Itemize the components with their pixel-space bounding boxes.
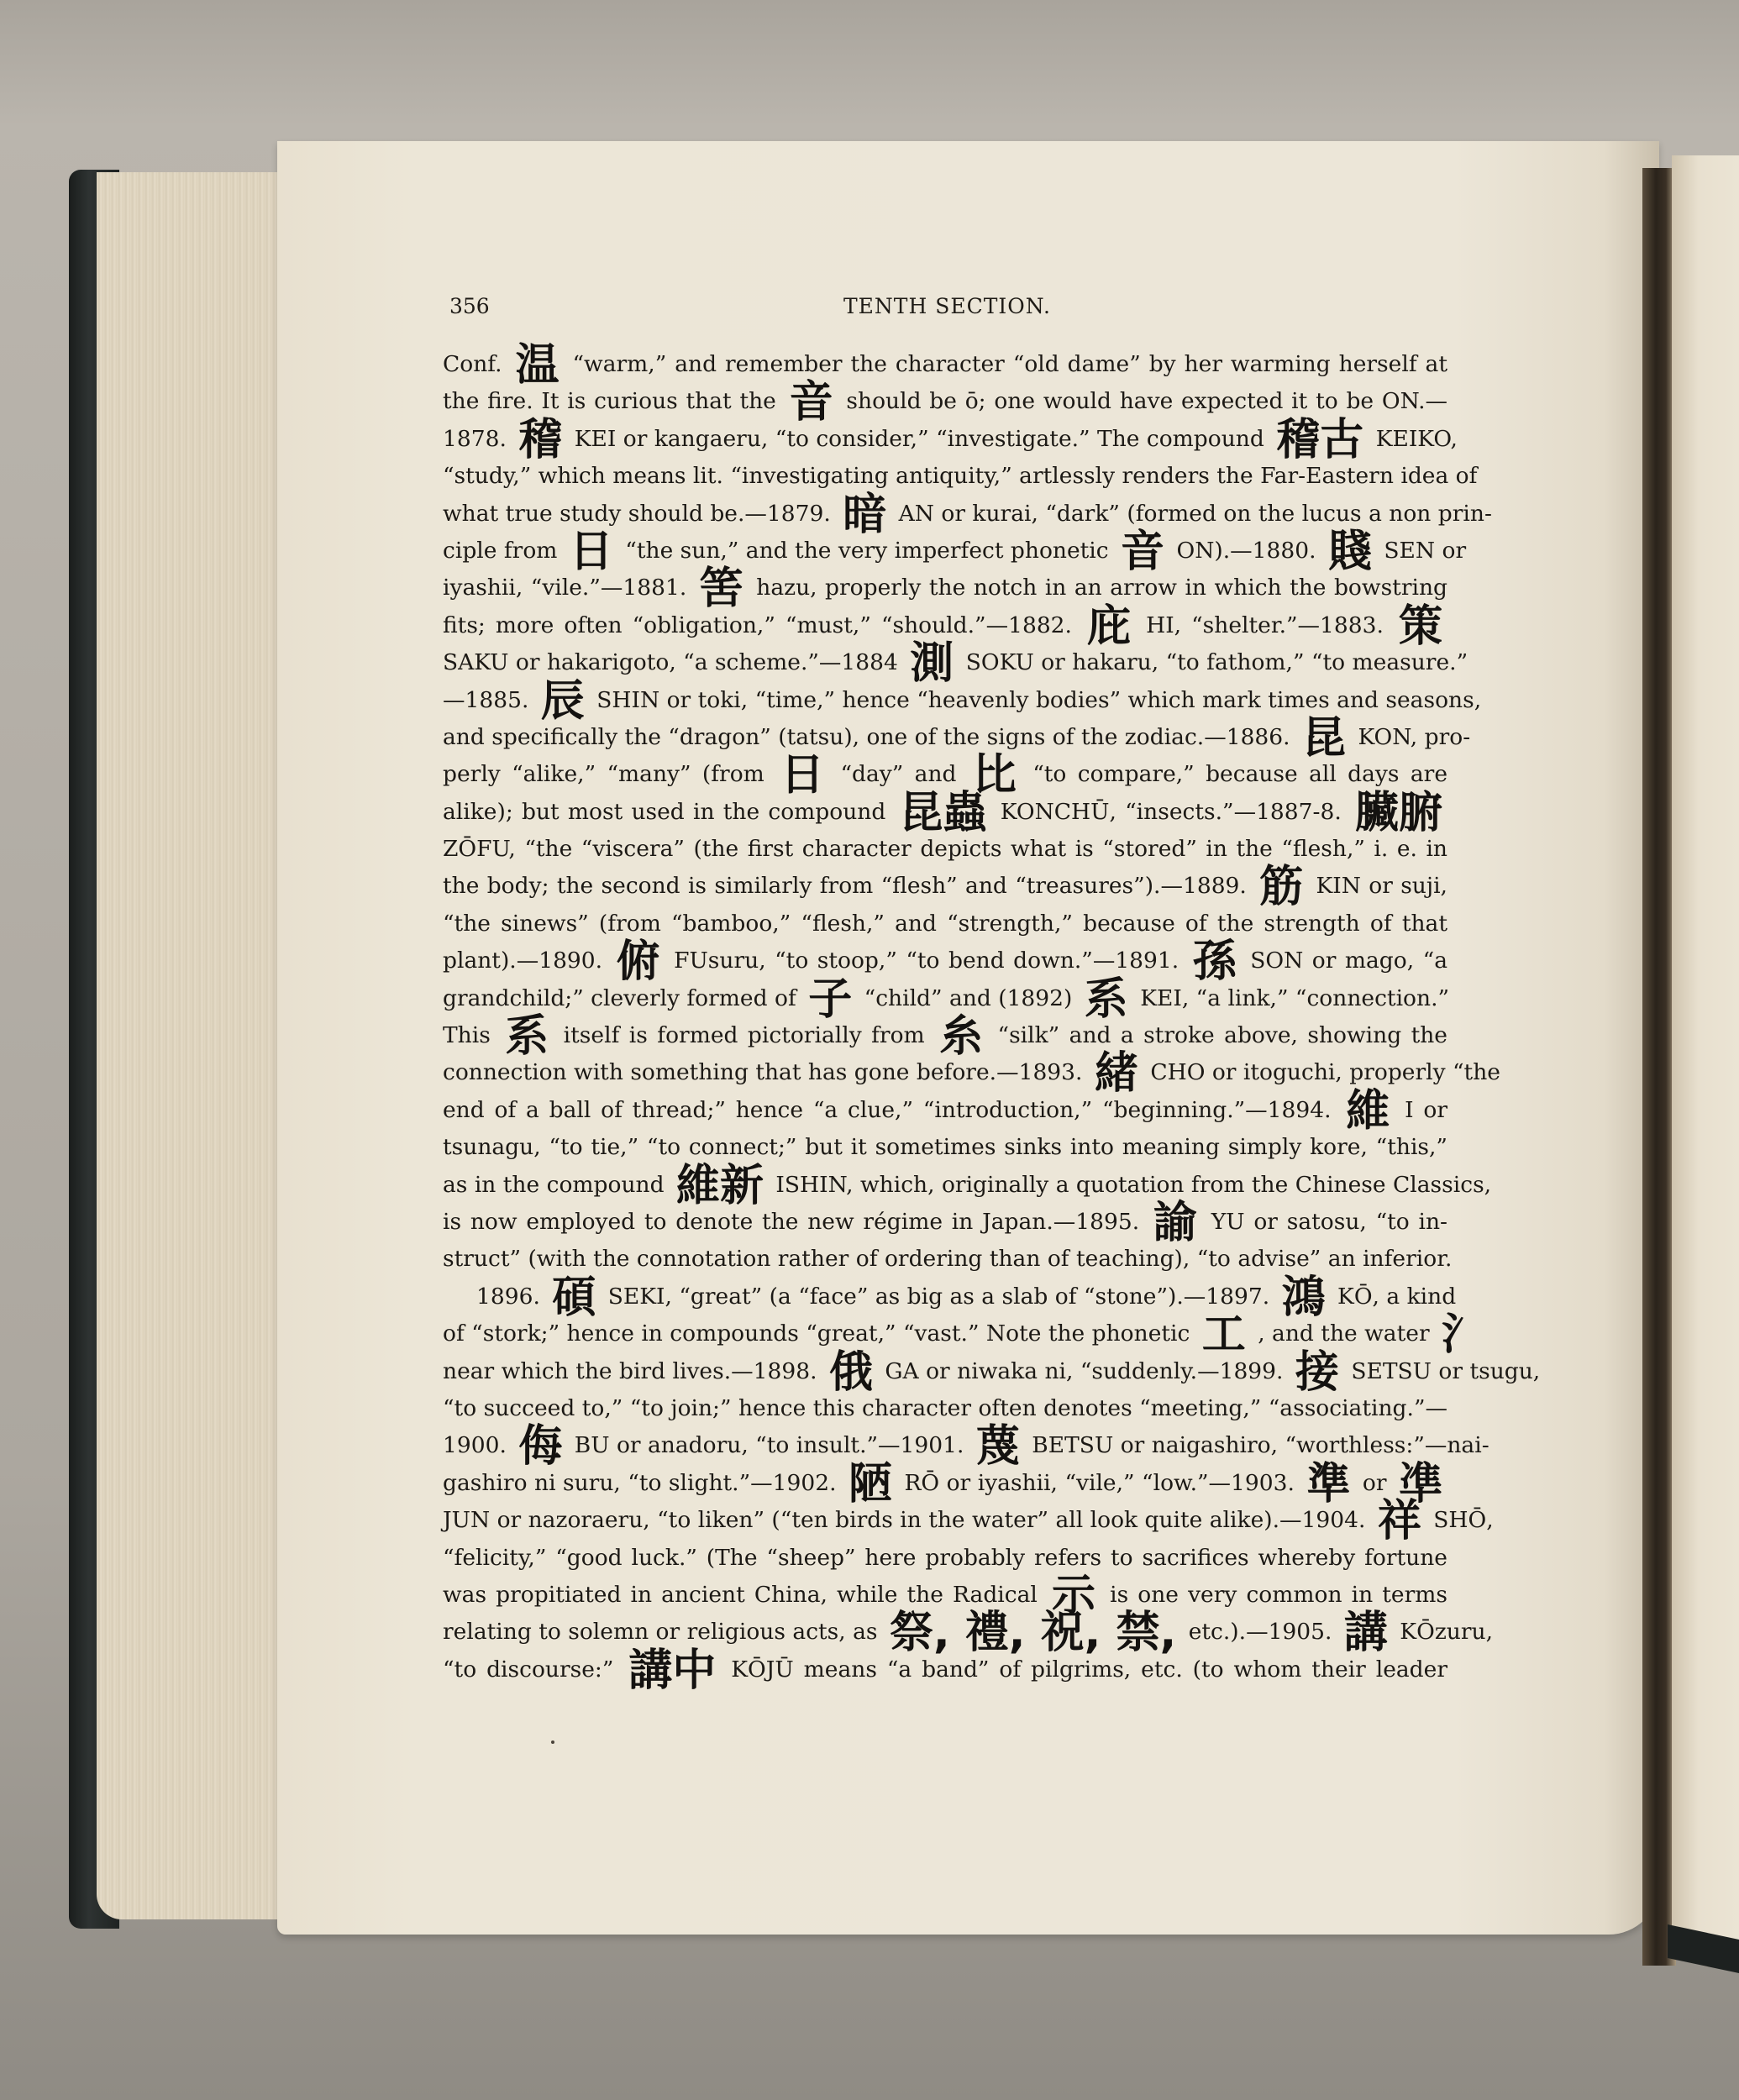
text-line: plant).—1890. 俯 FUsuru, “to stoop,” “to … — [443, 942, 1447, 979]
text-line: tsunagu, “to tie,” “to connect;” but it … — [443, 1129, 1447, 1166]
text-line: gashiro ni suru, “to slight.”—1902. 陋 RŌ… — [443, 1465, 1447, 1502]
kanji-character: 昆蟲 — [900, 805, 987, 822]
text-run: SHŌ, — [1426, 1507, 1494, 1533]
text-run: FUsuru, “to stoop,” “to bend down.”—1891… — [665, 948, 1188, 974]
text-line: iyashii, “vile.”—1881. 筈 hazu, properly … — [443, 570, 1447, 606]
kanji-character: 子 — [808, 991, 852, 1008]
text-run: GA or niwaka ni, “suddenly.—1899. — [878, 1358, 1290, 1384]
text-run: KEI or kangaeru, “to consider,” “investi… — [567, 426, 1271, 452]
text-line: “to discourse:” 講中 KŌJŪ means “a band” o… — [443, 1651, 1447, 1688]
text-run: iyashii, “vile.”—1881. — [443, 575, 695, 601]
text-run: what true study should be.—1879. — [443, 501, 838, 527]
text-run: “to discourse:” — [443, 1656, 623, 1683]
text-run: struct” (with the connotation rather of … — [443, 1246, 1452, 1272]
kanji-character: 昆 — [1302, 730, 1346, 747]
text-line: as in the compound 維新 ISHIN, which, orig… — [443, 1167, 1447, 1204]
text-line: near which the bird lives.—1898. 俄 GA or… — [443, 1353, 1447, 1390]
kanji-character: 祥 — [1378, 1513, 1421, 1530]
kanji-character: 稽 — [518, 432, 562, 449]
kanji-character: 講 — [1344, 1625, 1388, 1641]
text-run: KEI, “a link,” “connection.” — [1133, 985, 1449, 1011]
kanji-character: 俯 — [617, 953, 660, 970]
kanji-character: 測 — [910, 655, 954, 672]
kanji-character: 俄 — [829, 1364, 873, 1381]
text-run: the body; the second is similarly from “… — [443, 873, 1254, 899]
text-run: near which the bird lives.—1898. — [443, 1358, 824, 1384]
text-run: JUN or nazoraeru, “to liken” (“ten birds… — [443, 1507, 1373, 1533]
text-run: SEKI, “great” (a “face” as big as a slab… — [601, 1284, 1276, 1310]
text-run: SETSU or tsugu, — [1344, 1358, 1540, 1384]
text-run: grandchild;” cleverly formed of — [443, 985, 803, 1011]
text-line: “the sinews” (from “bamboo,” “flesh,” an… — [443, 906, 1447, 942]
text-run: KEIKO, — [1369, 426, 1458, 452]
page-header: 356 TENTH SECTION. — [449, 294, 1445, 328]
text-run: “to succeed to,” “to join;” hence this c… — [443, 1395, 1447, 1421]
text-line: relating to solemn or religious acts, as… — [443, 1614, 1447, 1651]
kanji-character: 庇 — [1087, 618, 1131, 635]
text-run: hazu, properly the notch in an arrow in … — [749, 575, 1447, 601]
text-run: BU or anadoru, “to insult.”—1901. — [567, 1432, 971, 1458]
text-line: JUN or nazoraeru, “to liken” (“ten birds… — [443, 1502, 1447, 1539]
kanji-character: 賤 — [1328, 543, 1372, 560]
text-run: HI, “shelter.”—1883. — [1136, 612, 1394, 638]
kanji-character: 維 — [1346, 1103, 1390, 1120]
kanji-character: 講中 — [628, 1662, 716, 1679]
kanji-character: 孫 — [1193, 953, 1237, 970]
book-gutter — [1642, 168, 1676, 1966]
text-line: the body; the second is similarly from “… — [443, 868, 1447, 905]
kanji-character: 辰 — [541, 693, 585, 710]
text-run: KŌzuru, — [1393, 1619, 1493, 1645]
text-run: SEN or — [1377, 538, 1466, 564]
text-run: is one very common in terms — [1101, 1582, 1447, 1608]
running-title: TENTH SECTION. — [449, 294, 1445, 318]
kanji-character: 比 — [973, 767, 1017, 784]
kanji-character: 諭 — [1153, 1215, 1197, 1231]
paper-speck — [551, 1740, 554, 1744]
kanji-character: 音 — [1121, 543, 1164, 560]
text-run: SAKU or hakarigoto, “a scheme.”—1884 — [443, 649, 905, 675]
text-run: SON or mago, “a — [1242, 948, 1447, 974]
kanji-character: 系 — [1085, 991, 1128, 1008]
text-line: 1896. 碩 SEKI, “great” (a “face” as big a… — [443, 1278, 1447, 1315]
text-line: connection with something that has gone … — [443, 1054, 1447, 1091]
text-run: “warm,” and remember the character “old … — [565, 351, 1447, 377]
kanji-character: 日 — [780, 767, 824, 784]
text-run: “study,” which means lit. “investigating… — [443, 463, 1477, 489]
text-run: tsunagu, “to tie,” “to connect;” but it … — [443, 1134, 1447, 1160]
text-line: “felicity,” “good luck.” (The “sheep” he… — [443, 1540, 1447, 1577]
text-run: “the sinews” (from “bamboo,” “flesh,” an… — [443, 911, 1447, 937]
text-run: ZŌFU, “the “viscera” (the first characte… — [443, 836, 1447, 862]
text-line: “study,” which means lit. “investigating… — [443, 458, 1447, 495]
text-run: CHO or itoguchi, properly “the — [1143, 1059, 1500, 1085]
text-run: alike); but most used in the compound — [443, 799, 895, 825]
kanji-character: 策 — [1399, 618, 1442, 635]
kanji-character: 音 — [790, 394, 833, 411]
kanji-character: 氵 — [1442, 1326, 1485, 1343]
text-run: SOKU or hakaru, “to fathom,” “to measure… — [959, 649, 1468, 675]
kanji-character: 温 — [516, 357, 560, 374]
text-run: KONCHŪ, “insects.”—1887-8. — [992, 799, 1350, 825]
text-run: is now employed to denote the new régime… — [443, 1209, 1148, 1235]
text-run: BETSU or naigashiro, “worthless:”—nai- — [1025, 1432, 1489, 1458]
text-line: This 系 itself is formed pictorially from… — [443, 1017, 1447, 1054]
text-run: , and the water — [1251, 1320, 1437, 1347]
body-text: Conf. 温 “warm,” and remember the charact… — [443, 346, 1447, 1688]
text-line: and specifically the “dragon” (tatsu), o… — [443, 719, 1447, 756]
text-run: KON, pro- — [1351, 724, 1470, 750]
text-run: Conf. — [443, 351, 511, 377]
kanji-character: 工 — [1202, 1326, 1246, 1343]
text-run: perly “alike,” “many” (from — [443, 761, 775, 787]
text-run: should be ō; one would have expected it … — [838, 388, 1447, 414]
kanji-character: 凖 — [1399, 1476, 1442, 1493]
facing-page-edge — [1672, 155, 1739, 1953]
text-run: ISHIN, which, originally a quotation fro… — [769, 1172, 1491, 1198]
kanji-character: 緒 — [1095, 1065, 1138, 1082]
kanji-character: 稽古 — [1276, 432, 1363, 449]
kanji-character: 蔑 — [976, 1438, 1020, 1455]
text-line: SAKU or hakarigoto, “a scheme.”—1884 測 S… — [443, 644, 1447, 681]
kanji-character: 糸 — [939, 1028, 983, 1045]
text-run: “day” and — [829, 761, 968, 787]
text-run: KŌJŪ means “a band” of pilgrims, etc. (t… — [721, 1656, 1447, 1683]
text-run: itself is formed pictorially from — [554, 1022, 934, 1048]
text-run: “felicity,” “good luck.” (The “sheep” he… — [443, 1545, 1447, 1571]
kanji-character: 陋 — [848, 1476, 892, 1493]
text-run: KŌ, a kind — [1331, 1284, 1457, 1310]
kanji-character: 維新 — [676, 1178, 764, 1194]
text-run: I or — [1395, 1097, 1447, 1123]
text-run: the fire. It is curious that the — [443, 388, 785, 414]
text-run: YU or satosu, “to in- — [1202, 1209, 1447, 1235]
kanji-character: 日 — [570, 543, 613, 560]
kanji-character: 準 — [1306, 1476, 1350, 1493]
text-line: alike); but most used in the compound 昆蟲… — [443, 794, 1447, 831]
kanji-character: 示 — [1052, 1588, 1095, 1604]
text-run: AN or kurai, “dark” (formed on the lucus… — [891, 501, 1492, 527]
text-run: This — [443, 1022, 500, 1048]
text-run: “to compare,” because all days are — [1022, 761, 1447, 787]
kanji-character: 暗 — [843, 507, 886, 523]
text-run: 1878. — [443, 426, 513, 452]
text-line: Conf. 温 “warm,” and remember the charact… — [443, 346, 1447, 383]
text-run: “silk” and a stroke above, showing the — [988, 1022, 1447, 1048]
kanji-character: 筈 — [700, 580, 743, 597]
page-block-edge — [97, 172, 281, 1919]
text-line: ciple from 日 “the sun,” and the very imp… — [443, 533, 1447, 570]
text-run: “child” and (1892) — [857, 985, 1080, 1011]
kanji-character: 筋 — [1259, 879, 1303, 895]
kanji-character: 接 — [1295, 1364, 1339, 1381]
text-line: 1878. 稽 KEI or kangaeru, “to consider,” … — [443, 421, 1447, 458]
kanji-character: 系 — [505, 1028, 549, 1045]
text-run: ON).—1880. — [1169, 538, 1323, 564]
kanji-character: 鴻 — [1282, 1289, 1326, 1306]
text-run: SHIN or toki, “time,” hence “heavenly bo… — [590, 687, 1481, 713]
text-run: as in the compound — [443, 1172, 671, 1198]
text-run: 1900. — [443, 1432, 513, 1458]
text-run: relating to solemn or religious acts, as — [443, 1619, 885, 1645]
text-line: “to succeed to,” “to join;” hence this c… — [443, 1390, 1447, 1427]
text-line: end of a ball of thread;” hence “a clue,… — [443, 1092, 1447, 1129]
text-run: “the sun,” and the very imperfect phonet… — [618, 538, 1116, 564]
text-run: etc.).—1905. — [1181, 1619, 1339, 1645]
text-run: 1896. — [476, 1284, 547, 1310]
text-run: of “stork;” hence in compounds “great,” … — [443, 1320, 1197, 1347]
text-run: —1885. — [443, 687, 536, 713]
kanji-character: 祭, 禮, 祝, 禁, — [890, 1625, 1176, 1641]
text-run: was propitiated in ancient China, while … — [443, 1582, 1047, 1608]
text-run: ciple from — [443, 538, 565, 564]
text-run: RŌ or iyashii, “vile,” “low.”—1903. — [897, 1470, 1301, 1496]
kanji-character: 侮 — [518, 1438, 562, 1455]
text-run: and specifically the “dragon” (tatsu), o… — [443, 724, 1297, 750]
text-run: end of a ball of thread;” hence “a clue,… — [443, 1097, 1341, 1123]
text-run: plant).—1890. — [443, 948, 612, 974]
text-run: fits; more often “obligation,” “must,” “… — [443, 612, 1082, 638]
text-line: 1900. 侮 BU or anadoru, “to insult.”—1901… — [443, 1427, 1447, 1464]
text-run: or — [1355, 1470, 1394, 1496]
text-run: connection with something that has gone … — [443, 1059, 1090, 1085]
kanji-character: 碩 — [552, 1289, 596, 1306]
text-line: is now employed to denote the new régime… — [443, 1204, 1447, 1241]
text-line: —1885. 辰 SHIN or toki, “time,” hence “he… — [443, 682, 1447, 719]
text-run: KIN or suji, — [1308, 873, 1447, 899]
kanji-character: 臟腑 — [1355, 805, 1442, 822]
text-run: gashiro ni suru, “to slight.”—1902. — [443, 1470, 843, 1496]
